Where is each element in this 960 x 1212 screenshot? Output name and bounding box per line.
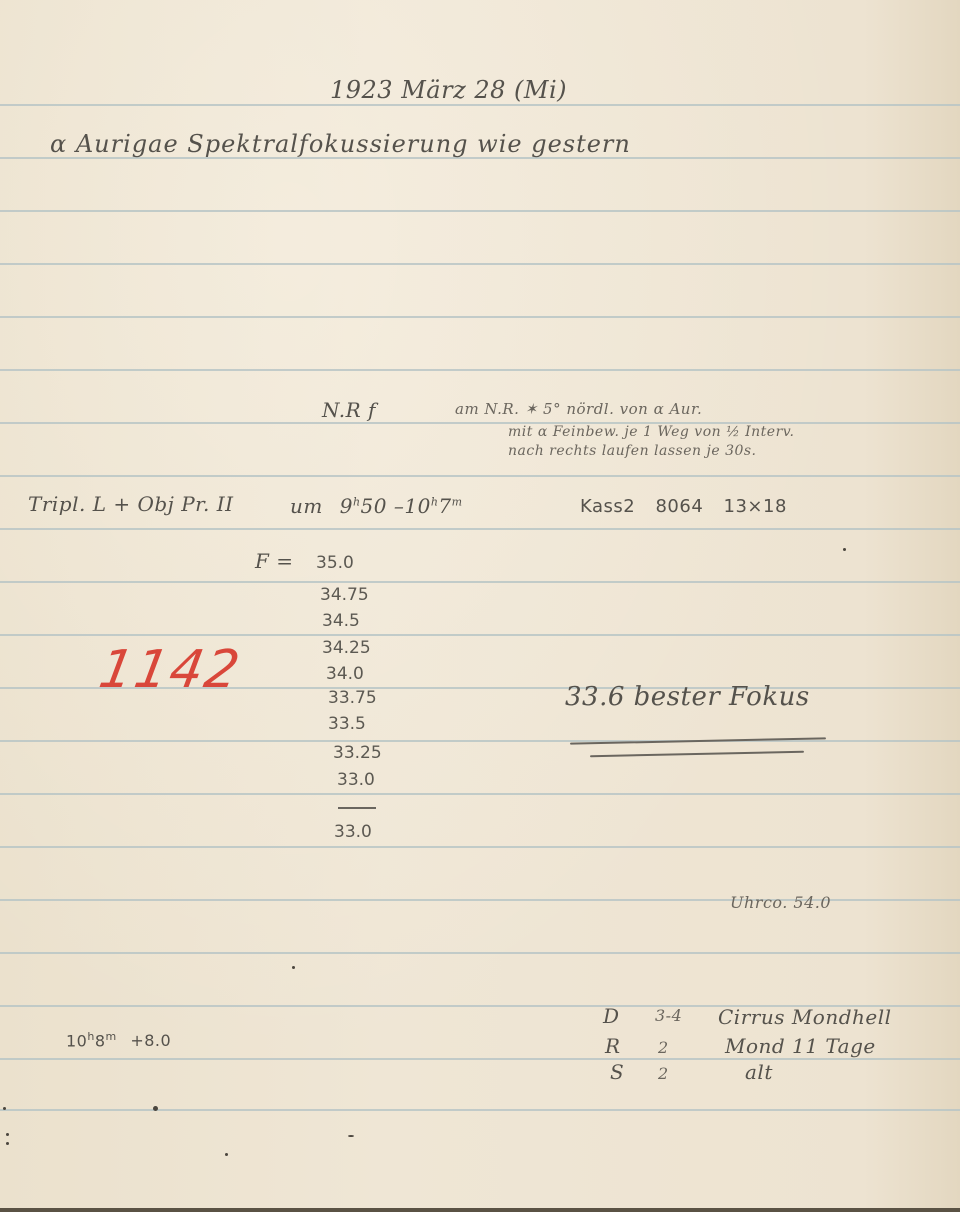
focus-label: F = bbox=[255, 549, 294, 573]
paper-speck bbox=[6, 1133, 9, 1136]
focus-value: 33.75 bbox=[328, 688, 377, 708]
footer-time-offset: 10h8m +8.0 bbox=[66, 1030, 171, 1050]
focus-value: 33.5 bbox=[328, 714, 366, 734]
ruled-line bbox=[0, 581, 960, 583]
time-start-minute: 50 bbox=[361, 494, 387, 518]
setup-note-line3: nach rechts laufen lassen je 30s. bbox=[508, 443, 757, 459]
sum-separator bbox=[338, 807, 376, 809]
paper-speck bbox=[6, 1142, 9, 1145]
ruled-line bbox=[0, 528, 960, 530]
exposure-instrument: Tripl. L + Obj Pr. II bbox=[28, 492, 234, 516]
focus-value: 33.0 bbox=[337, 770, 375, 790]
focus-value: 34.25 bbox=[322, 638, 371, 658]
focus-value: 33.25 bbox=[333, 743, 382, 763]
condition-note: Cirrus Mondhell bbox=[718, 1005, 892, 1029]
paper-speck bbox=[348, 1135, 354, 1137]
condition-key: S bbox=[610, 1060, 624, 1084]
ruled-line bbox=[0, 316, 960, 318]
setup-note-line1: am N.R. ✶ 5° nördl. von α Aur. bbox=[455, 400, 702, 418]
best-focus-result: 33.6 bester Fokus bbox=[565, 682, 810, 712]
ruled-line bbox=[0, 634, 960, 636]
ruled-line bbox=[0, 1058, 960, 1060]
entry-date: 1923 März 28 (Mi) bbox=[330, 76, 567, 104]
time-dash: – bbox=[394, 494, 405, 518]
time-prefix: um bbox=[290, 494, 323, 518]
focus-value: 34.75 bbox=[320, 585, 369, 605]
paper-speck bbox=[153, 1106, 158, 1111]
paper-speck bbox=[3, 1107, 6, 1110]
exposure-time: um 9h50 –10h7m bbox=[290, 494, 463, 518]
ruled-line bbox=[0, 1109, 960, 1111]
footer-minute: 8 bbox=[95, 1031, 106, 1050]
result-underline bbox=[590, 751, 804, 757]
paper-speck bbox=[225, 1153, 228, 1156]
plate-id: 8064 bbox=[655, 496, 703, 517]
condition-note: alt bbox=[745, 1060, 773, 1084]
plate-number-red: 1142 bbox=[95, 640, 246, 700]
footer-offset: +8.0 bbox=[130, 1031, 171, 1050]
condition-note: Mond 11 Tage bbox=[725, 1034, 876, 1058]
ruled-line bbox=[0, 210, 960, 212]
ruled-line bbox=[0, 740, 960, 742]
footer-hour: 10 bbox=[66, 1031, 87, 1050]
ruled-line bbox=[0, 846, 960, 848]
plate-format: 13×18 bbox=[724, 496, 787, 517]
ruled-line bbox=[0, 104, 960, 106]
focus-value: 34.0 bbox=[326, 664, 364, 684]
notebook-page: 1923 März 28 (Mi) α Aurigae Spektralfoku… bbox=[0, 0, 960, 1208]
ruled-line bbox=[0, 263, 960, 265]
entry-subject: α Aurigae Spektralfokussierung wie geste… bbox=[50, 130, 631, 158]
time-end-minute: 7 bbox=[438, 494, 451, 518]
time-start-hour: 9 bbox=[340, 494, 353, 518]
ruled-line bbox=[0, 422, 960, 424]
ruled-line bbox=[0, 952, 960, 954]
condition-value: 2 bbox=[658, 1038, 669, 1057]
focus-value: 35.0 bbox=[316, 553, 354, 573]
ruled-line bbox=[0, 475, 960, 477]
paper-speck bbox=[843, 548, 846, 551]
condition-key: D bbox=[603, 1004, 620, 1028]
focus-value: 34.5 bbox=[322, 611, 360, 631]
focus-final: 33.0 bbox=[334, 822, 372, 842]
condition-key: R bbox=[605, 1034, 621, 1058]
ruled-line bbox=[0, 793, 960, 795]
setup-note-line2: mit α Feinbew. je 1 Weg von ½ Interv. bbox=[508, 424, 794, 440]
time-end-hour: 10 bbox=[404, 494, 430, 518]
cassette: Kass2 bbox=[580, 496, 635, 517]
paper-speck bbox=[292, 966, 295, 969]
page-bottom-edge bbox=[0, 1208, 960, 1212]
setup-label: N.R f bbox=[322, 398, 376, 422]
condition-value: 3-4 bbox=[655, 1006, 682, 1025]
exposure-plate-info: Kass2 8064 13×18 bbox=[580, 496, 787, 517]
clock-correction: Uhrco. 54.0 bbox=[730, 893, 831, 912]
condition-value: 2 bbox=[658, 1064, 669, 1083]
ruled-line bbox=[0, 369, 960, 371]
